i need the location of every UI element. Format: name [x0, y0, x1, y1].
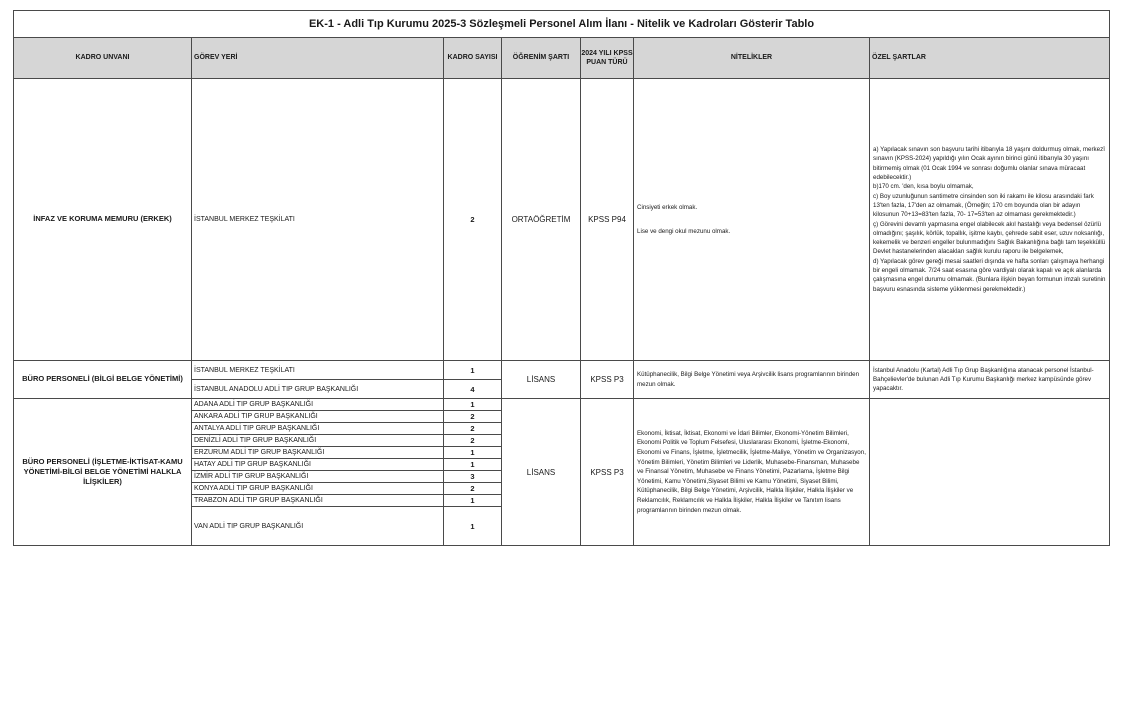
kpss-puan-turu-cell: KPSS P3 [581, 361, 634, 399]
gorev-yeri-cell: DENİZLİ ADLİ TIP GRUP BAŞKANLIĞI [192, 435, 444, 447]
kadro-sayisi-cell: 1 [444, 495, 502, 507]
kadro-sayisi-cell: 2 [444, 411, 502, 423]
kadro-sayisi-cell: 2 [444, 435, 502, 447]
gorev-yeri-cell: ANTALYA ADLİ TIP GRUP BAŞKANLIĞI [192, 423, 444, 435]
table-row: İNFAZ VE KORUMA MEMURU (ERKEK) İSTANBUL … [14, 79, 1110, 361]
gorev-yeri-cell: İZMİR ADLİ TIP GRUP BAŞKANLIĞI [192, 471, 444, 483]
kadro-sayisi-cell: 1 [444, 399, 502, 411]
gorev-yeri-cell: TRABZON ADLİ TIP GRUP BAŞKANLIĞI [192, 495, 444, 507]
kadro-sayisi-cell: 2 [444, 423, 502, 435]
ozel-sart-item: b)170 cm. 'den, kısa boylu olmamak, [873, 182, 1106, 191]
header-gorev-yeri: GÖREV YERİ [192, 38, 444, 79]
nitelik-item: Lise ve dengi okul mezunu olmak. [637, 227, 866, 237]
gorev-yeri-cell: İSTANBUL ANADOLU ADLİ TIP GRUP BAŞKANLIĞ… [192, 380, 444, 399]
nitelikler-cell: Kütüphanecilik, Bilgi Belge Yönetimi vey… [634, 361, 870, 399]
ogrenim-sarti-cell: ORTAÖĞRETİM [502, 79, 581, 361]
header-kpss-puan-turu: 2024 YILI KPSS PUAN TÜRÜ [581, 38, 634, 79]
ogrenim-sarti-cell: LİSANS [502, 361, 581, 399]
ozel-sart-item: İstanbul Anadolu (Kartal) Adli Tıp Grup … [873, 366, 1106, 394]
kadro-unvani-cell: BÜRO PERSONELİ (BİLGİ BELGE YÖNETİMİ) [14, 361, 192, 399]
kadro-unvani-cell: İNFAZ VE KORUMA MEMURU (ERKEK) [14, 79, 192, 361]
ozel-sart-item: a) Yapılacak sınavın son başvuru tarihi … [873, 145, 1106, 182]
header-ogrenim-sarti: ÖĞRENİM ŞARTI [502, 38, 581, 79]
recruitment-table: EK-1 - Adli Tıp Kurumu 2025-3 Sözleşmeli… [13, 10, 1110, 546]
table-row: BÜRO PERSONELİ (İŞLETME-İKTİSAT-KAMU YÖN… [14, 399, 1110, 411]
gorev-yeri-cell: VAN ADLİ TIP GRUP BAŞKANLIĞI [192, 507, 444, 546]
kpss-puan-turu-cell: KPSS P94 [581, 79, 634, 361]
nitelik-item: Cinsiyeti erkek olmak. [637, 203, 866, 213]
header-row: KADRO UNVANI GÖREV YERİ KADRO SAYISI ÖĞR… [14, 38, 1110, 79]
ozel-sart-item: ç) Görevini devamlı yapmasına engel olab… [873, 220, 1106, 257]
gorev-yeri-cell: İSTANBUL MERKEZ TEŞKİLATI [192, 361, 444, 380]
ogrenim-sarti-cell: LİSANS [502, 399, 581, 546]
ozel-sartlar-cell: İstanbul Anadolu (Kartal) Adli Tıp Grup … [870, 361, 1110, 399]
header-kadro-sayisi: KADRO SAYISI [444, 38, 502, 79]
gorev-yeri-cell: İSTANBUL MERKEZ TEŞKİLATI [192, 79, 444, 361]
kpss-puan-turu-cell: KPSS P3 [581, 399, 634, 546]
gorev-yeri-cell: ANKARA ADLİ TIP GRUP BAŞKANLIĞI [192, 411, 444, 423]
kadro-sayisi-cell: 1 [444, 361, 502, 380]
ozel-sart-item: d) Yapılacak görev gereği mesai saatleri… [873, 257, 1106, 294]
kadro-sayisi-cell: 2 [444, 483, 502, 495]
nitelikler-cell: Ekonomi, İktisat, İktisat, Ekonomi ve İd… [634, 399, 870, 546]
kadro-unvani-cell: BÜRO PERSONELİ (İŞLETME-İKTİSAT-KAMU YÖN… [14, 399, 192, 546]
kadro-sayisi-cell: 1 [444, 507, 502, 546]
nitelik-item: Ekonomi, İktisat, İktisat, Ekonomi ve İd… [637, 429, 866, 515]
gorev-yeri-cell: ERZURUM ADLİ TIP GRUP BAŞKANLIĞI [192, 447, 444, 459]
ozel-sartlar-cell [870, 399, 1110, 546]
ozel-sartlar-cell: a) Yapılacak sınavın son başvuru tarihi … [870, 79, 1110, 361]
kadro-sayisi-cell: 2 [444, 79, 502, 361]
table-title: EK-1 - Adli Tıp Kurumu 2025-3 Sözleşmeli… [14, 11, 1110, 38]
ozel-sart-item: c) Boy uzunluğunun santimetre cinsinden … [873, 192, 1106, 220]
nitelik-item: Kütüphanecilik, Bilgi Belge Yönetimi vey… [637, 370, 866, 389]
gorev-yeri-cell: KONYA ADLİ TIP GRUP BAŞKANLIĞI [192, 483, 444, 495]
header-nitelikler: NİTELİKLER [634, 38, 870, 79]
kadro-sayisi-cell: 1 [444, 447, 502, 459]
table-row: BÜRO PERSONELİ (BİLGİ BELGE YÖNETİMİ) İS… [14, 361, 1110, 380]
gorev-yeri-cell: ADANA ADLİ TIP GRUP BAŞKANLIĞI [192, 399, 444, 411]
kadro-sayisi-cell: 1 [444, 459, 502, 471]
kadro-sayisi-cell: 3 [444, 471, 502, 483]
header-kadro-unvani: KADRO UNVANI [14, 38, 192, 79]
nitelikler-cell: Cinsiyeti erkek olmak. Lise ve dengi oku… [634, 79, 870, 361]
kadro-sayisi-cell: 4 [444, 380, 502, 399]
header-ozel-sartlar: ÖZEL ŞARTLAR [870, 38, 1110, 79]
gorev-yeri-cell: HATAY ADLİ TIP GRUP BAŞKANLIĞI [192, 459, 444, 471]
